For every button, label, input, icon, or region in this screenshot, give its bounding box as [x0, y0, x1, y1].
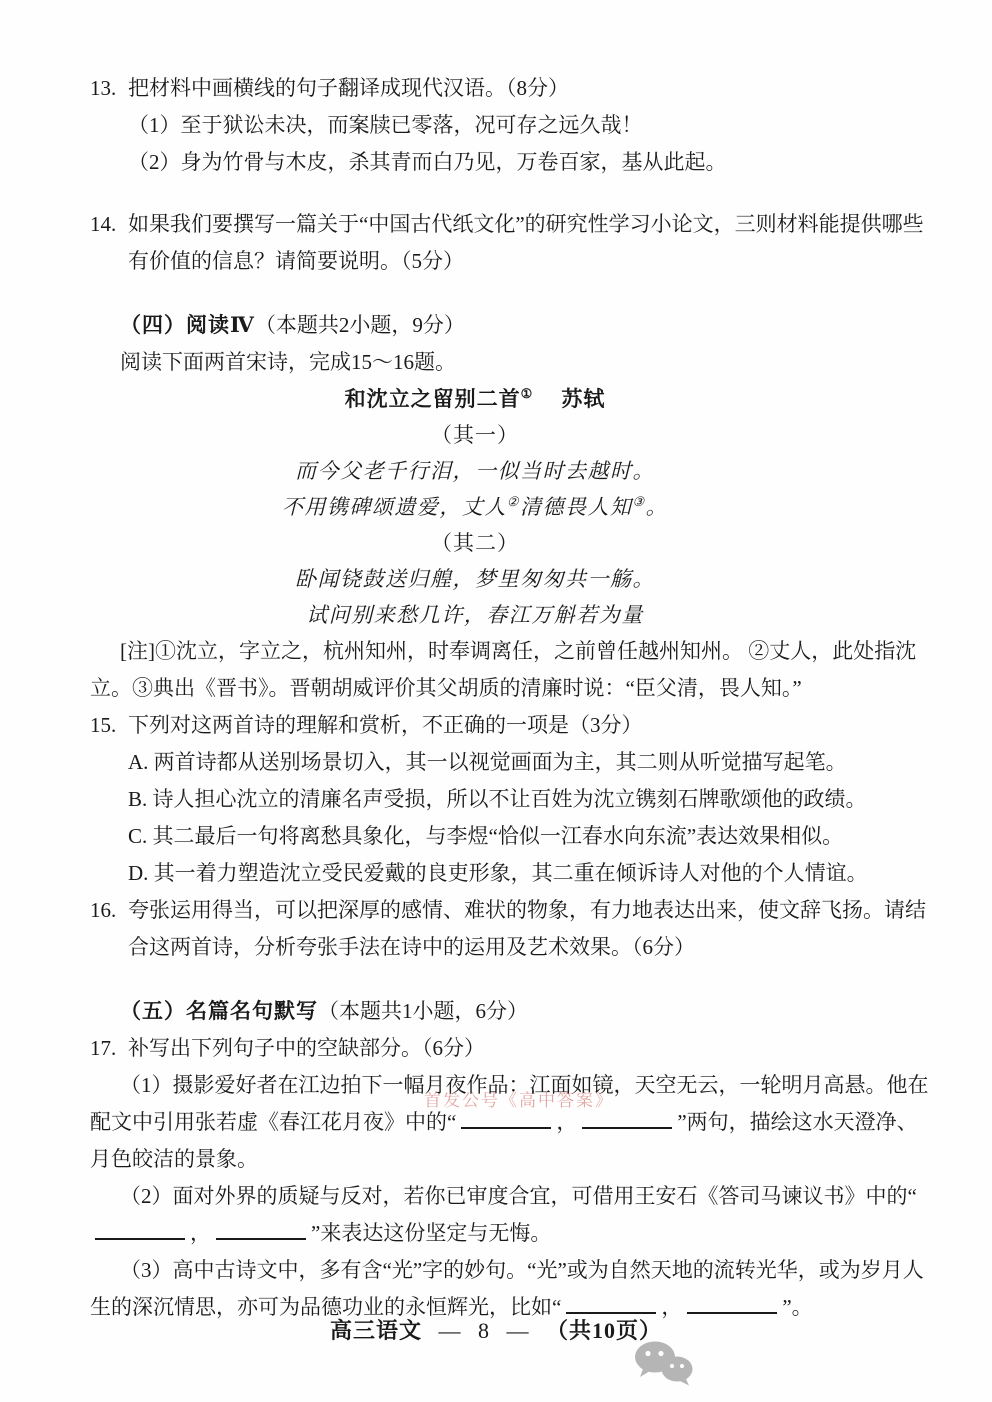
poem-line-1: 而今父老千行泪，一似当时去越时。: [90, 453, 860, 489]
question-16-body: 夸张运用得当，可以把深厚的感情、难状的物象，有力地表达出来，使文辞飞扬。请结合这…: [128, 892, 930, 966]
question-13-number: 13.: [90, 70, 128, 107]
question-15: 15. 下列对这两首诗的理解和赏析，不正确的一项是（3分）: [90, 707, 930, 744]
section-4-title: （四）阅读Ⅳ: [120, 313, 255, 337]
question-15-stem: 下列对这两首诗的理解和赏析，不正确的一项是（3分）: [128, 707, 930, 744]
question-13-stem: 把材料中画横线的句子翻译成现代汉语。（8分）: [128, 70, 930, 107]
poem-title: 和沈立之留别二首: [345, 387, 521, 411]
question-17-item-1: （1）摄影爱好者在江边拍下一幅月夜作品：江面如镜，天空无云，一轮明月高悬。他在配…: [90, 1067, 930, 1178]
poem-line-2-text-b: 清德畏人知: [520, 495, 633, 519]
exam-content: 13. 把材料中画横线的句子翻译成现代汉语。（8分） （1）至于狱讼未决，而案牍…: [90, 70, 930, 1326]
poem-line-4: 试问别来愁几许，春江万斛若为量: [90, 597, 860, 633]
poem-footnote-mark-2: ②: [507, 494, 520, 509]
poem-line-2: 不用镌碑颂遗爱，丈人②清德畏人知③。: [90, 489, 860, 525]
question-13-item-1: （1）至于狱讼未决，而案牍已零落，况可存之远久哉！: [128, 107, 930, 144]
section-5-title: （五）名篇名句默写: [120, 999, 318, 1023]
question-16-number: 16.: [90, 892, 128, 929]
poem-line-2-text-a: 不用镌碑颂遗爱，丈人: [282, 495, 507, 519]
footer-course: 高三语文: [330, 1318, 422, 1343]
question-16: 16. 夸张运用得当，可以把深厚的感情、难状的物象，有力地表达出来，使文辞飞扬。…: [90, 892, 930, 966]
poem-part-1-label: （其一）: [90, 417, 860, 453]
poem-part-2-label: （其二）: [90, 525, 860, 561]
spacer: [90, 181, 930, 206]
footer-page-number: 8: [478, 1318, 490, 1343]
section-5-header: （五）名篇名句默写（本题共1小题，6分）: [120, 993, 930, 1030]
poem-footnote-mark-3: ③: [633, 494, 646, 509]
footer-dash: —: [507, 1318, 530, 1343]
question-17: 17. 补写出下列句子中的空缺部分。（6分）: [90, 1030, 930, 1067]
poem-author: 苏轼: [561, 387, 605, 411]
question-17-item-1-comma: ，: [556, 1110, 577, 1134]
poem-note: [注]①沈立，字立之，杭州知州，时奉调离任，之前曾任越州知州。 ②丈人，此处指沈…: [90, 633, 930, 707]
poem-title-footnote-mark: ①: [521, 386, 534, 401]
question-13-item-2: （2）身为竹骨与木皮，杀其青而白乃见，万卷百家，基从此起。: [128, 144, 930, 181]
wechat-icon-svg: [630, 1340, 696, 1386]
section-4-intro: 阅读下面两首宋诗，完成15～16题。: [120, 344, 930, 381]
question-14: 14. 如果我们要撰写一篇关于“中国古代纸文化”的研究性学习小论文，三则材料能提…: [90, 206, 930, 280]
question-14-number: 14.: [90, 206, 128, 243]
section-5-meta: （本题共1小题，6分）: [318, 999, 528, 1023]
section-4-meta: （本题共2小题，9分）: [255, 313, 465, 337]
wechat-icon: [630, 1340, 696, 1398]
question-17-body: 补写出下列句子中的空缺部分。（6分）: [128, 1030, 930, 1067]
answer-blank: [95, 1223, 185, 1240]
answer-blank: [461, 1112, 551, 1129]
question-15-option-b: B. 诗人担心沈立的清廉名声受损，所以不让百姓为沈立镌刻石牌歌颂他的政绩。: [128, 781, 930, 818]
question-13-body: 把材料中画横线的句子翻译成现代汉语。（8分） （1）至于狱讼未决，而案牍已零落，…: [128, 70, 930, 181]
footer-dash: —: [439, 1318, 462, 1343]
spacer: [90, 280, 930, 307]
question-15-number: 15.: [90, 707, 128, 744]
exam-page: 13. 把材料中画横线的句子翻译成现代汉语。（8分） （1）至于狱讼未决，而案牍…: [0, 0, 992, 1402]
question-13: 13. 把材料中画横线的句子翻译成现代汉语。（8分） （1）至于狱讼未决，而案牍…: [90, 70, 930, 181]
poem-title-line: 和沈立之留别二首①苏轼: [90, 381, 860, 417]
question-17-item-2-comma: ，: [190, 1221, 211, 1245]
question-17-item-2: （2）面对外界的质疑与反对，若你已审度合宜，可借用王安石《答司马谏议书》中的“，…: [90, 1178, 930, 1252]
answer-blank: [216, 1223, 306, 1240]
question-15-option-d: D. 其一着力塑造沈立受民爱戴的良吏形象，其二重在倾诉诗人对他的个人情谊。: [128, 855, 930, 892]
poem-block: 和沈立之留别二首①苏轼 （其一） 而今父老千行泪，一似当时去越时。 不用镌碑颂遗…: [90, 381, 930, 633]
question-14-stem: 如果我们要撰写一篇关于“中国古代纸文化”的研究性学习小论文，三则材料能提供哪些有…: [128, 206, 930, 280]
question-17-item-2-tail: ”来表达这份坚定与无悔。: [311, 1221, 551, 1245]
poem-line-2-text-c: 。: [646, 495, 669, 519]
section-4-header: （四）阅读Ⅳ（本题共2小题，9分）: [120, 307, 930, 344]
question-17-stem: 补写出下列句子中的空缺部分。（6分）: [128, 1030, 930, 1067]
poem-line-3: 卧闻铙鼓送归艎，梦里匆匆共一觞。: [90, 561, 860, 597]
question-17-number: 17.: [90, 1030, 128, 1067]
question-17-item-2-text: （2）面对外界的质疑与反对，若你已审度合宜，可借用王安石《答司马谏议书》中的“: [120, 1184, 917, 1208]
question-16-stem: 夸张运用得当，可以把深厚的感情、难状的物象，有力地表达出来，使文辞飞扬。请结合这…: [128, 892, 930, 966]
spacer: [90, 966, 930, 993]
page-footer: 高三语文 — 8 — （共10页）: [0, 1312, 992, 1349]
question-14-body: 如果我们要撰写一篇关于“中国古代纸文化”的研究性学习小论文，三则材料能提供哪些有…: [128, 206, 930, 280]
question-15-option-a: A. 两首诗都从送别场景切入，其一以视觉画面为主，其二则从听觉描写起笔。: [128, 744, 930, 781]
answer-blank: [582, 1112, 672, 1129]
question-15-body: 下列对这两首诗的理解和赏析，不正确的一项是（3分）: [128, 707, 930, 744]
question-15-option-c: C. 其二最后一句将离愁具象化，与李煜“恰似一江春水向东流”表达效果相似。: [128, 818, 930, 855]
